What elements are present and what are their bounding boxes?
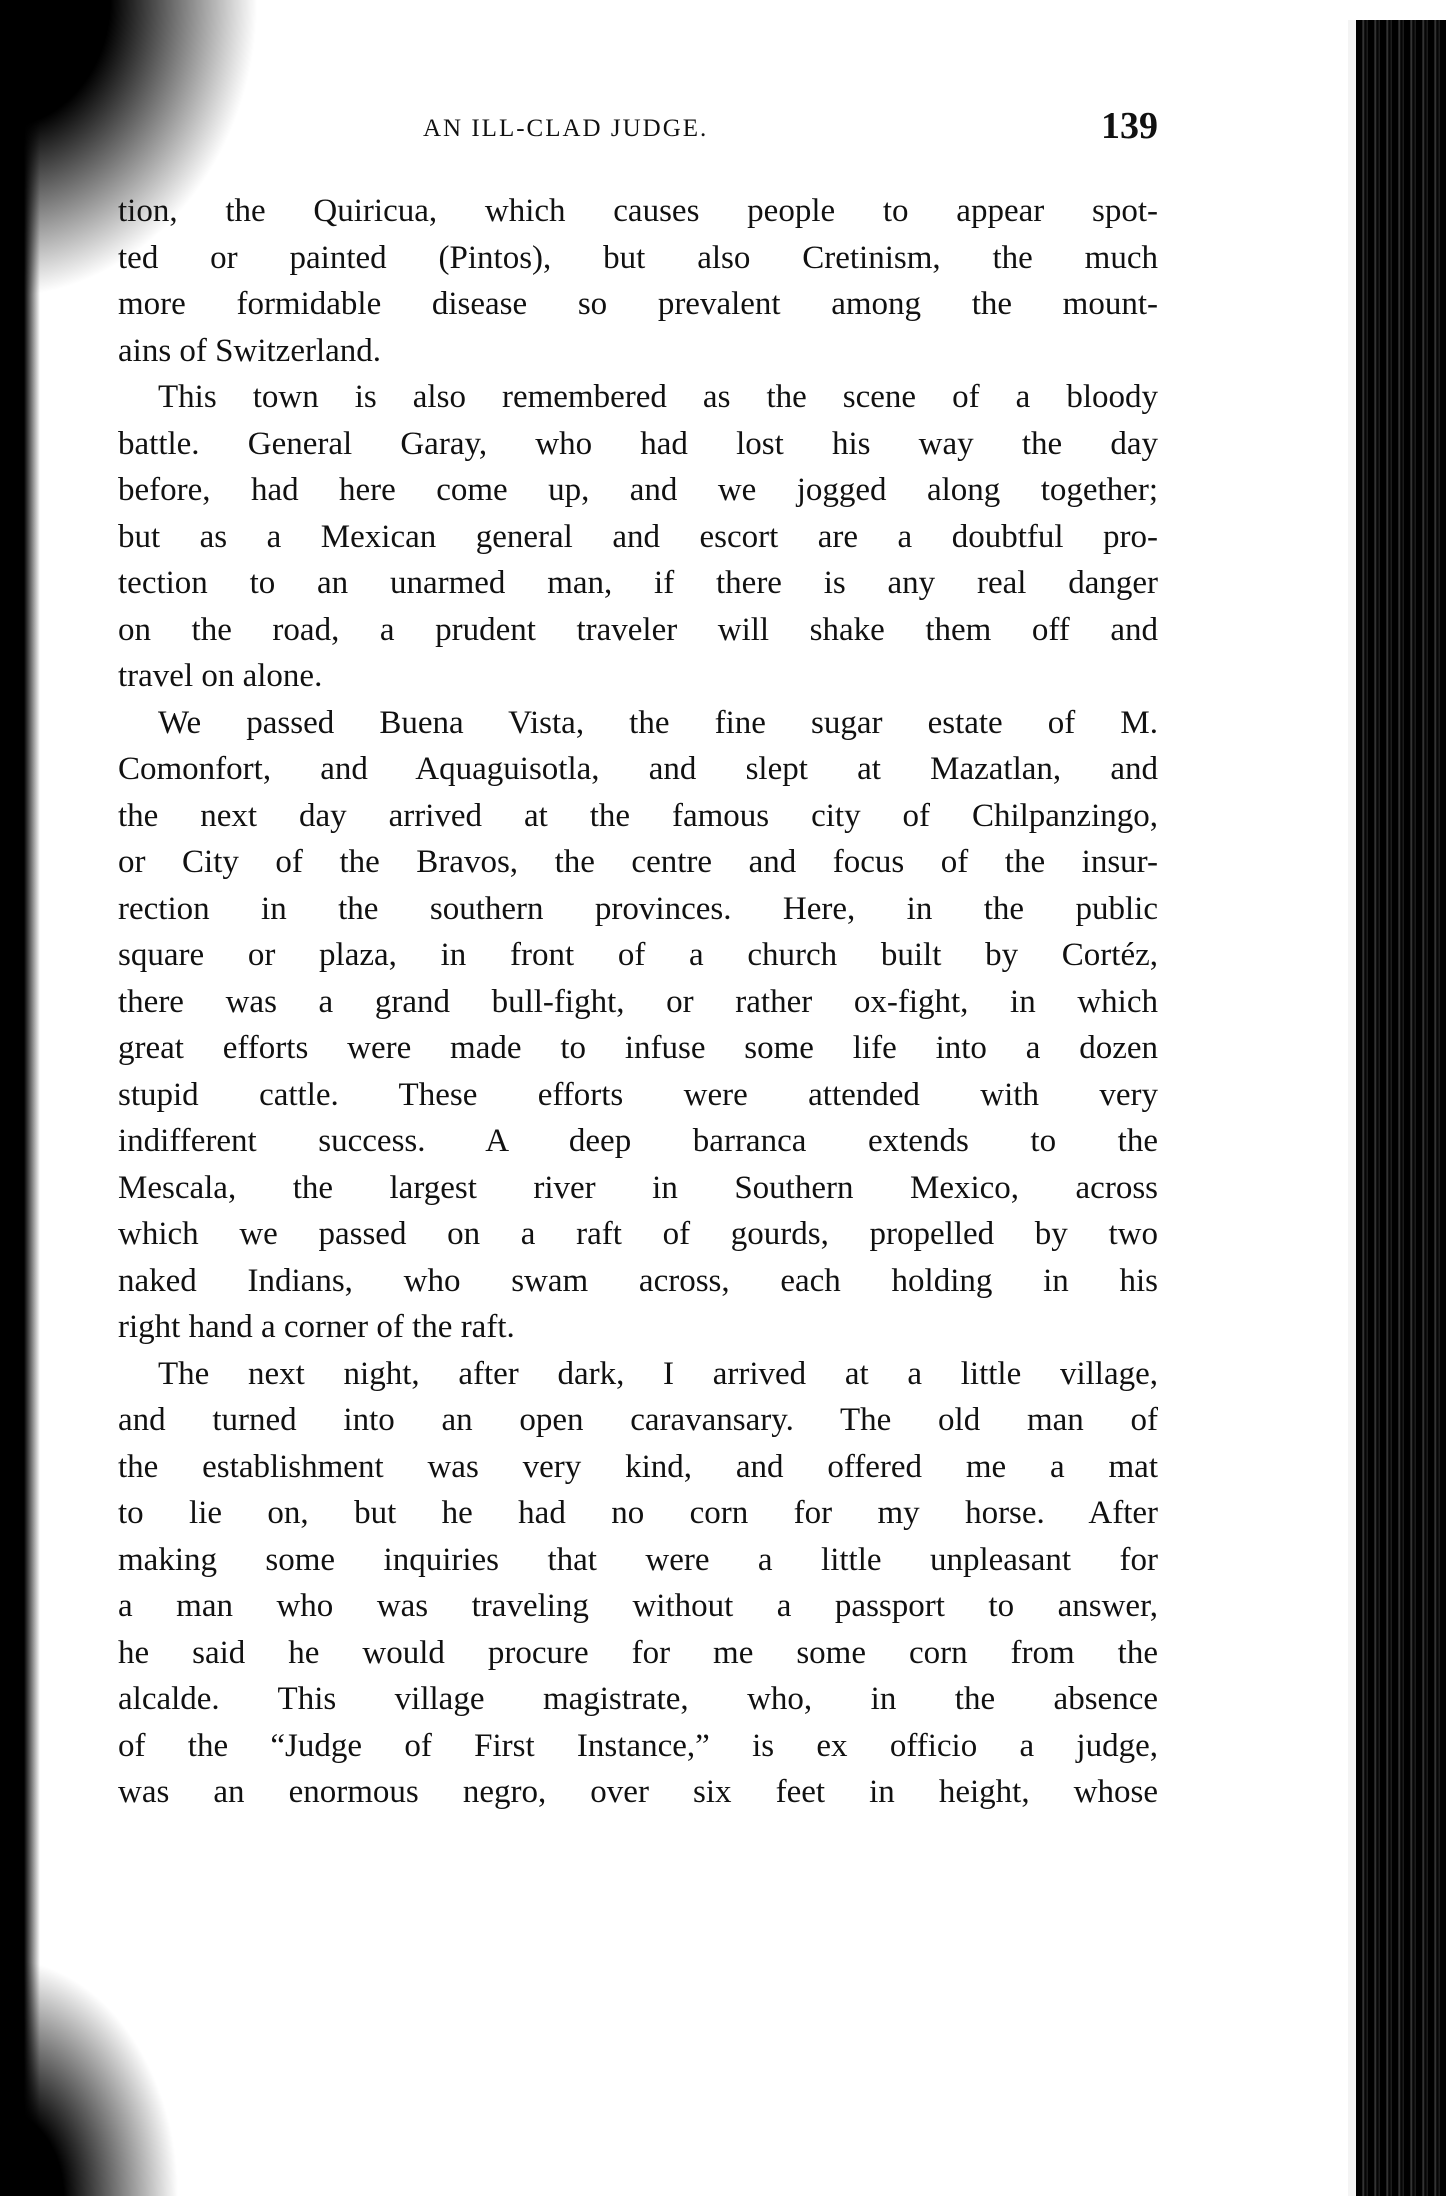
paragraph: The next night, after dark, I arrived at… [118, 1351, 1158, 1816]
text-line: to lie on, but he had no corn for my hor… [118, 1490, 1158, 1537]
text-line: We passed Buena Vista, the fine sugar es… [118, 700, 1158, 747]
text-line: alcalde. This village magistrate, who, i… [118, 1676, 1158, 1723]
text-line: ted or painted (Pintos), but also Cretin… [118, 235, 1158, 282]
text-line: tection to an unarmed man, if there is a… [118, 560, 1158, 607]
text-line: Mescala, the largest river in Southern M… [118, 1165, 1158, 1212]
book-page-edges [1356, 20, 1446, 2196]
text-line: rection in the southern provinces. Here,… [118, 886, 1158, 933]
text-line: travel on alone. [118, 653, 1158, 700]
text-line: and turned into an open caravansary. The… [118, 1397, 1158, 1444]
text-line: a man who was traveling without a passpo… [118, 1583, 1158, 1630]
page-curl-shadow-bottom [0, 1956, 180, 2196]
text-line: or City of the Bravos, the centre and fo… [118, 839, 1158, 886]
binding-shadow-left [0, 0, 40, 2196]
text-line: he said he would procure for me some cor… [118, 1630, 1158, 1677]
page-edge-gap [1348, 20, 1356, 2196]
running-title: AN ILL-CLAD JUDGE. [423, 115, 708, 143]
text-line: more formidable disease so prevalent amo… [118, 281, 1158, 328]
body-text: tion, the Quiricua, which causes people … [118, 188, 1158, 1816]
text-line: The next night, after dark, I arrived at… [118, 1351, 1158, 1398]
text-line: there was a grand bull-fight, or rather … [118, 979, 1158, 1026]
text-line: on the road, a prudent traveler will sha… [118, 607, 1158, 654]
text-line: the next day arrived at the famous city … [118, 793, 1158, 840]
text-line: ains of Switzerland. [118, 328, 1158, 375]
page-number: 139 [1101, 104, 1158, 148]
text-line: battle. General Garay, who had lost his … [118, 421, 1158, 468]
text-line: before, had here come up, and we jogged … [118, 467, 1158, 514]
text-line: was an enormous negro, over six feet in … [118, 1769, 1158, 1816]
text-line: of the “Judge of First Instance,” is ex … [118, 1723, 1158, 1770]
text-line: naked Indians, who swam across, each hol… [118, 1258, 1158, 1305]
text-line: great efforts were made to infuse some l… [118, 1025, 1158, 1072]
paragraph: This town is also remembered as the scen… [118, 374, 1158, 700]
text-line: right hand a corner of the raft. [118, 1304, 1158, 1351]
text-line: square or plaza, in front of a church bu… [118, 932, 1158, 979]
text-line: indifferent success. A deep barranca ext… [118, 1118, 1158, 1165]
text-line: which we passed on a raft of gourds, pro… [118, 1211, 1158, 1258]
text-line: stupid cattle. These efforts were attend… [118, 1072, 1158, 1119]
running-head: AN ILL-CLAD JUDGE. 139 [118, 100, 1158, 160]
text-line: the establishment was very kind, and off… [118, 1444, 1158, 1491]
book-page: AN ILL-CLAD JUDGE. 139 tion, the Quiricu… [118, 100, 1158, 1816]
text-line: Comonfort, and Aquaguisotla, and slept a… [118, 746, 1158, 793]
text-line: making some inquiries that were a little… [118, 1537, 1158, 1584]
text-line: This town is also remembered as the scen… [118, 374, 1158, 421]
paragraph: tion, the Quiricua, which causes people … [118, 188, 1158, 374]
text-line: but as a Mexican general and escort are … [118, 514, 1158, 561]
paragraph: We passed Buena Vista, the fine sugar es… [118, 700, 1158, 1351]
text-line: tion, the Quiricua, which causes people … [118, 188, 1158, 235]
